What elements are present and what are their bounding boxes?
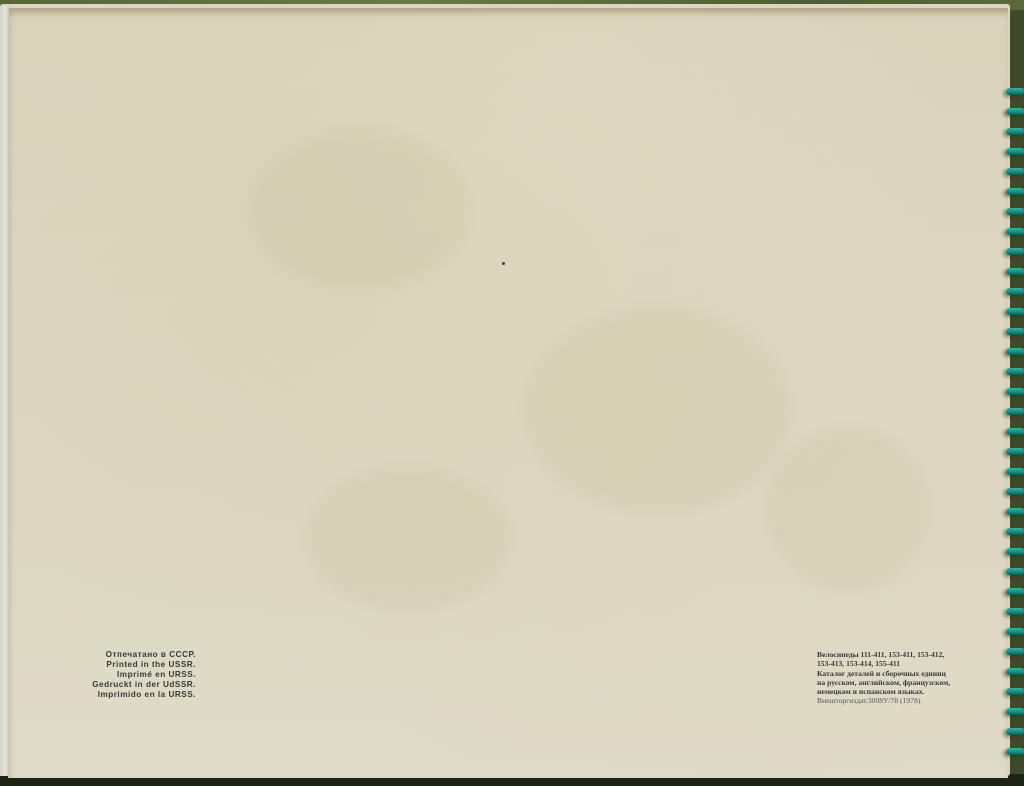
imprint-line-fr: Imprimé en URSS.	[72, 670, 196, 680]
spiral-coil-icon	[1006, 368, 1024, 375]
paper-stain	[308, 470, 508, 610]
bicycle-models-line: Велосипеды 111-411, 153-411, 153-412,	[817, 650, 992, 659]
spiral-coil-icon	[1006, 628, 1024, 635]
spiral-coil-icon	[1006, 288, 1024, 295]
spiral-binding	[1004, 80, 1024, 780]
spiral-coil-icon	[1006, 228, 1024, 235]
spiral-coil-icon	[1006, 708, 1024, 715]
imprint-line-es: Imprimido en la URSS.	[72, 690, 196, 700]
spiral-coil-icon	[1006, 248, 1024, 255]
spiral-coil-icon	[1006, 728, 1024, 735]
spiral-coil-icon	[1006, 668, 1024, 675]
spiral-coil-icon	[1006, 408, 1024, 415]
spiral-coil-icon	[1006, 188, 1024, 195]
spiral-coil-icon	[1006, 88, 1024, 95]
spiral-coil-icon	[1006, 128, 1024, 135]
printed-in-ussr-imprint: Отпечатано в СССР. Printed in the USSR. …	[72, 650, 196, 700]
spiral-coil-icon	[1006, 488, 1024, 495]
catalog-languages-line: немецком и испанском языках.	[817, 687, 992, 696]
spiral-coil-icon	[1006, 468, 1024, 475]
imprint-line-en: Printed in the USSR.	[72, 660, 196, 670]
spiral-coil-icon	[1006, 168, 1024, 175]
spiral-coil-icon	[1006, 548, 1024, 555]
imprint-line-ru: Отпечатано в СССР.	[72, 650, 196, 660]
catalog-description-line: Каталог деталей и сборочных единиц	[817, 669, 992, 678]
spiral-coil-icon	[1006, 648, 1024, 655]
page-left-edge	[0, 6, 9, 776]
spiral-coil-icon	[1006, 148, 1024, 155]
paper-speck	[502, 262, 505, 265]
catalog-languages-line: на русском, английском, французском,	[817, 678, 992, 687]
spiral-coil-icon	[1006, 528, 1024, 535]
spiral-coil-icon	[1006, 268, 1024, 275]
catalog-publication-info: Велосипеды 111-411, 153-411, 153-412, 15…	[817, 650, 992, 706]
spiral-coil-icon	[1006, 508, 1024, 515]
paper-stain	[528, 310, 788, 510]
spiral-coil-icon	[1006, 428, 1024, 435]
spiral-coil-icon	[1006, 348, 1024, 355]
spiral-coil-icon	[1006, 448, 1024, 455]
paper-stain	[768, 430, 928, 590]
spiral-coil-icon	[1006, 388, 1024, 395]
imprint-line-de: Gedruckt in der UdSSR.	[72, 680, 196, 690]
spiral-coil-icon	[1006, 208, 1024, 215]
bicycle-models-line: 153-413, 153-414, 155-411	[817, 659, 992, 668]
publisher-line: Внешторгиздат.3008У/78 (1978).	[817, 696, 992, 705]
spiral-coil-icon	[1006, 608, 1024, 615]
spiral-coil-icon	[1006, 748, 1024, 755]
spiral-coil-icon	[1006, 308, 1024, 315]
paper-stain	[248, 130, 468, 290]
spiral-coil-icon	[1006, 588, 1024, 595]
spiral-coil-icon	[1006, 688, 1024, 695]
spiral-coil-icon	[1006, 108, 1024, 115]
spiral-coil-icon	[1006, 328, 1024, 335]
spiral-coil-icon	[1006, 568, 1024, 575]
